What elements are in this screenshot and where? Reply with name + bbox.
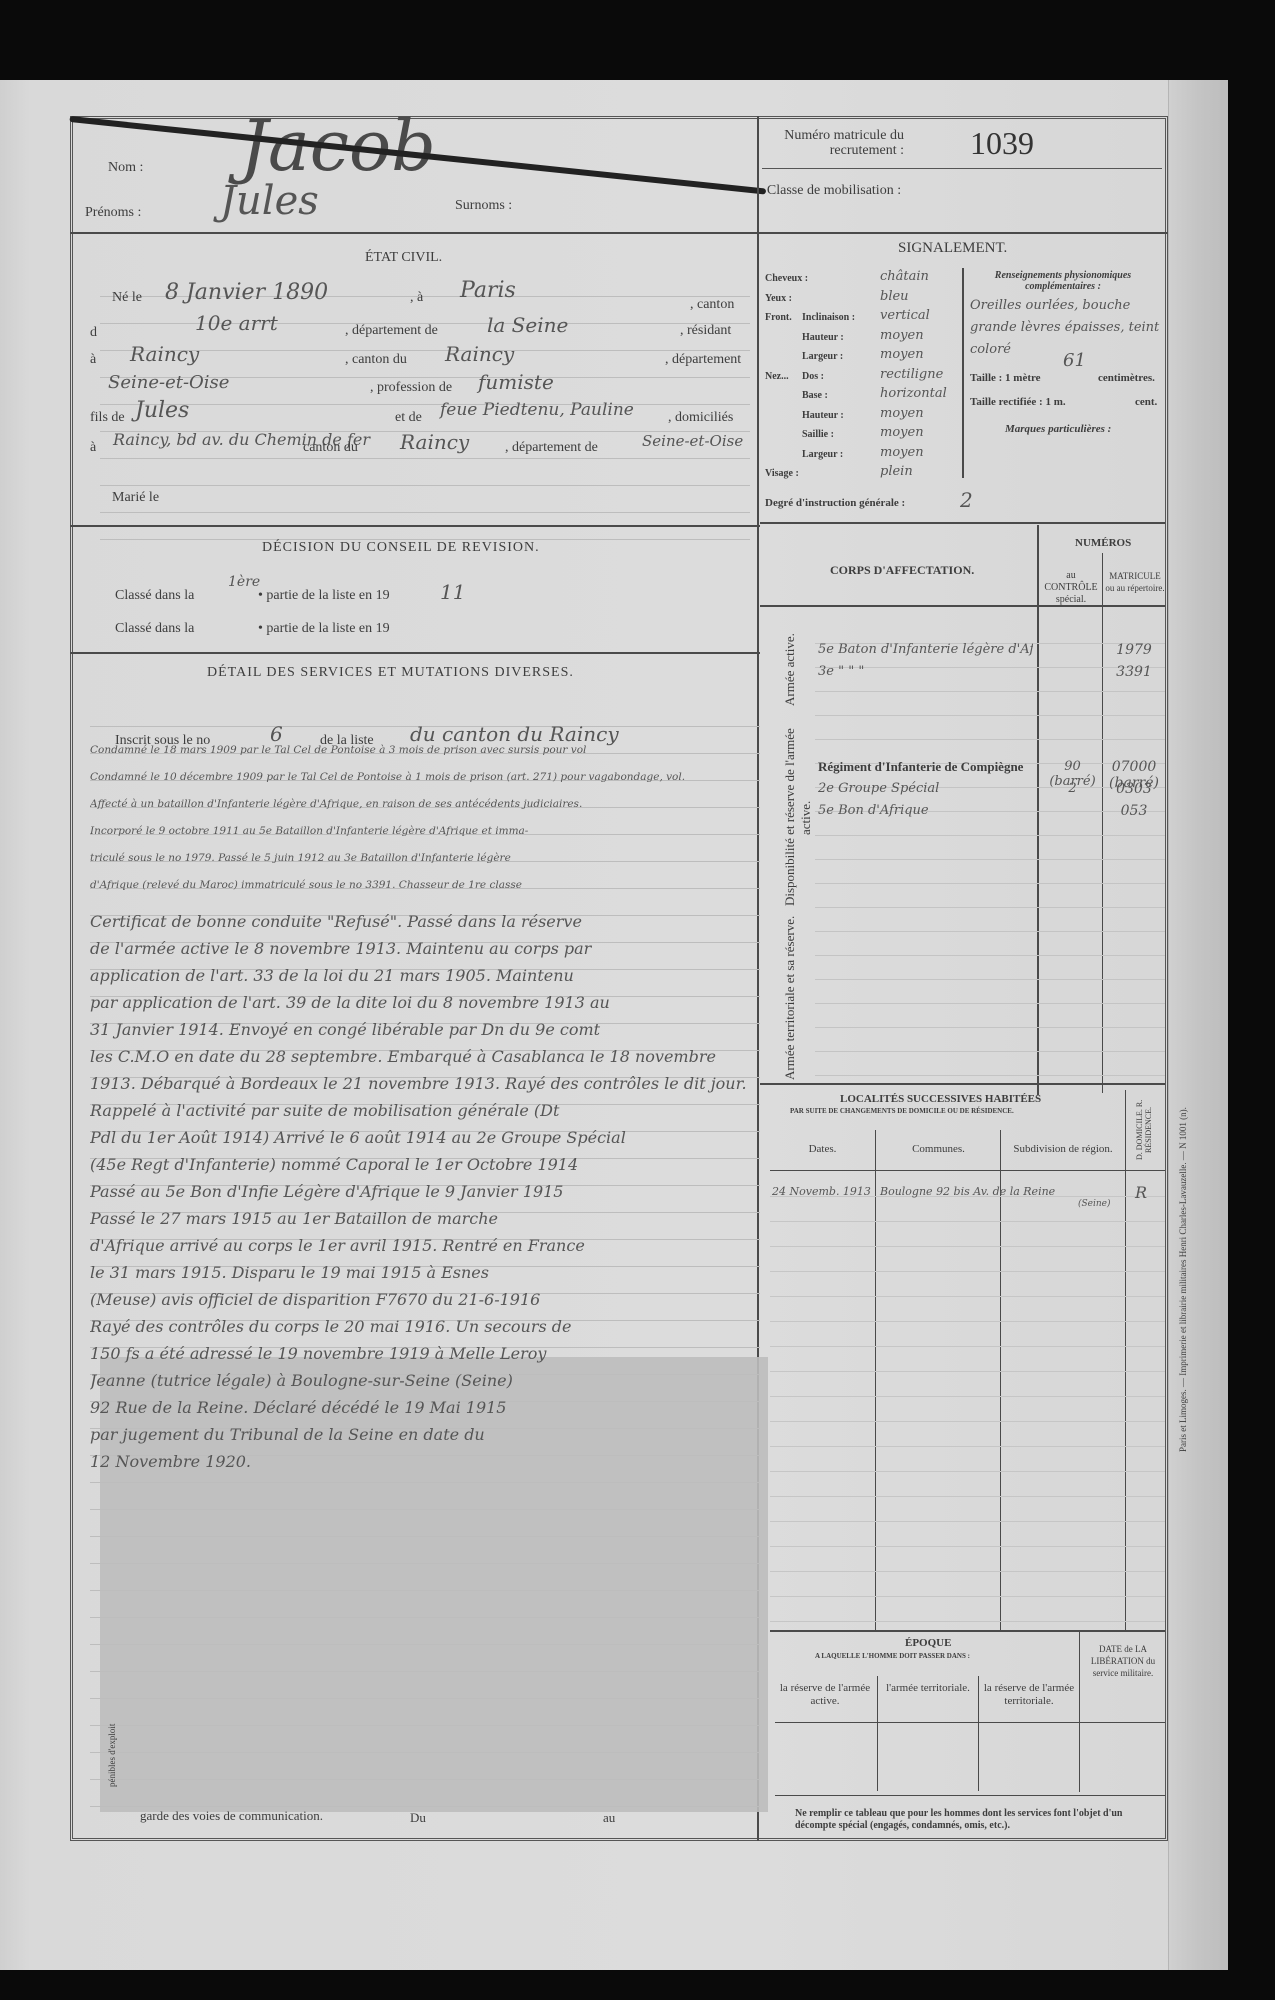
mother-value: feue Piedtenu, Pauline (440, 400, 634, 420)
service-line: Jeanne (tutrice légale) à Boulogne-sur-S… (90, 1371, 760, 1390)
marie-label: Marié le (112, 490, 159, 506)
epoque-column-header: la réserve de l'armée territoriale. (980, 1682, 1078, 1708)
matricule-entry: 053 (1105, 803, 1163, 819)
signalement-label: Visage : (765, 468, 799, 479)
domicilies-label: , domiciliés (668, 410, 733, 426)
service-line: application de l'art. 33 de la loi du 21… (90, 966, 760, 985)
signalement-value: vertical (880, 308, 930, 323)
birthplace-value: Paris (460, 278, 516, 303)
residant-label: , résidant (680, 323, 731, 339)
degre-label: Degré d'instruction générale : (765, 497, 905, 509)
matricule-entry: 3391 (1105, 664, 1163, 680)
signalement-label: Largeur : (802, 449, 843, 460)
fils-de-label: fils de (90, 410, 125, 426)
residant-prefix: à (90, 352, 96, 368)
taille-rectifiee-label: Taille rectifiée : 1 m. (970, 396, 1066, 408)
corps-entry: 5e Bon d'Afrique (818, 803, 1033, 818)
etat-civil-title: ÉTAT CIVIL. (365, 250, 442, 266)
service-line: 12 Novembre 1920. (90, 1452, 760, 1471)
conseil-title: DÉCISION DU CONSEIL DE REVISION. (262, 540, 540, 556)
service-line: Affecté à un bataillon d'Infanterie légè… (90, 798, 760, 810)
departement3-value: Seine-et-Oise (642, 432, 743, 450)
printer-imprint: Paris et Limoges. — Imprimerie et librai… (1178, 1030, 1188, 1530)
signalement-value: rectiligne (880, 367, 943, 382)
canton2-label: canton du (303, 440, 358, 456)
service-line: les C.M.O en date du 28 septembre. Embar… (90, 1047, 760, 1066)
service-line: Passé le 27 mars 1915 au 1er Bataillon d… (90, 1209, 760, 1228)
ne-le-label: Né le (112, 290, 142, 306)
arrondissement-value: 10e arrt (195, 311, 278, 335)
liste-value: du canton du Raincy (410, 722, 619, 746)
du-label: Du (410, 1810, 426, 1826)
signalement-label: Hauteur : (802, 410, 844, 421)
signalement-value: plein (880, 464, 913, 479)
signalement-value: moyen (880, 445, 924, 460)
departement-label: , département de (345, 323, 438, 339)
canton-label: , canton (690, 297, 734, 313)
localites-title: LOCALITÉS SUCCESSIVES HABITÉES (840, 1093, 1041, 1105)
a-label: , à (410, 290, 423, 306)
departement3-label: , département de (505, 440, 598, 456)
signalement-value: moyen (880, 425, 924, 440)
epoque-title: ÉPOQUE (905, 1637, 951, 1649)
localites-column-header: D. DOMICILE. R. RÉSIDENCE. (1135, 1092, 1153, 1168)
signalement-value: moyen (880, 347, 924, 362)
signalement-value: châtain (880, 269, 929, 284)
ne-le-value: 8 Janvier 1890 (165, 280, 328, 305)
corps-entry: 5e Baton d'Infanterie légère d'Afrique (818, 642, 1033, 657)
au-label: au (603, 1810, 615, 1826)
matricule-value: 1039 (970, 125, 1034, 162)
taille-unit: centimètres. (1098, 372, 1155, 384)
nom-label: Nom : (108, 160, 143, 176)
canton2-value: Raincy (400, 430, 469, 454)
localite-type: R (1135, 1183, 1147, 1202)
signalement-value: moyen (880, 328, 924, 343)
service-line: Rayé des contrôles du corps le 20 mai 19… (90, 1317, 760, 1336)
services-title: DÉTAIL DES SERVICES ET MUTATIONS DIVERSE… (207, 665, 574, 681)
localites-column-header: Communes. (877, 1143, 1000, 1155)
service-line: par application de l'art. 39 de la dite … (90, 993, 760, 1012)
domicile-prefix: à (90, 440, 96, 456)
profession-value: fumiste (478, 370, 554, 394)
localites-column-header: Dates. (770, 1143, 875, 1155)
service-line: d'Afrique (relevé du Maroc) immatriculé … (90, 879, 760, 891)
epoque-column-header: la réserve de l'armée active. (775, 1682, 875, 1708)
signalement-label: Hauteur : (802, 332, 844, 343)
classe-mid: • partie de la liste en 19 (258, 621, 390, 637)
signalement-title: SIGNALEMENT. (898, 240, 1007, 257)
signalement-label: Dos : (802, 371, 824, 382)
classe-label: Classe de mobilisation : (764, 183, 904, 198)
matricule-entry: 1979 (1105, 642, 1163, 658)
localite-date: 24 Novemb. 1913 (772, 1185, 871, 1198)
renseignements-title: Renseignements physionomiques complément… (968, 270, 1158, 292)
localite-subdivision: (Seine) (1078, 1199, 1111, 1209)
localites-subtitle: PAR SUITE DE CHANGEMENTS DE DOMICILE OU … (790, 1107, 1014, 1115)
classe-year: 11 (440, 580, 465, 604)
service-line: Condamné le 18 mars 1909 par le Tal Cel … (90, 744, 760, 756)
signalement-label: Cheveux : (765, 273, 808, 284)
canton-du-label: , canton du (345, 352, 407, 368)
matricule-label: Numéro matricule du recrutement : (764, 128, 904, 158)
taille-value: 61 (1063, 350, 1086, 371)
canton-du-value: Raincy (445, 342, 514, 366)
col-matricule: MATRICULE ou au répertoire. (1105, 570, 1165, 594)
residant-value: Raincy (130, 342, 199, 366)
service-line: 31 Janvier 1914. Envoyé en congé libérab… (90, 1020, 760, 1039)
service-line: Pdl du 1er Août 1914) Arrivé le 6 août 1… (90, 1128, 760, 1147)
epoque-note: Ne remplir ce tableau que pour les homme… (795, 1808, 1165, 1832)
signalement-group-label: Front. (765, 312, 792, 323)
signalement-label: Inclinaison : (802, 312, 855, 323)
signalement-value: bleu (880, 289, 909, 304)
service-line: Certificat de bonne conduite "Refusé". P… (90, 912, 760, 931)
service-line: 92 Rue de la Reine. Déclaré décédé le 19… (90, 1398, 760, 1417)
signalement-label: Largeur : (802, 351, 843, 362)
section-label: Armée territoriale et sa réserve. (782, 915, 814, 1080)
corps-title: CORPS D'AFFECTATION. (830, 563, 974, 578)
taille-rectifiee-unit: cent. (1135, 396, 1157, 408)
classe-prefix: Classé dans la (115, 621, 194, 637)
service-line: (45e Regt d'Infanterie) nommé Caporal le… (90, 1155, 760, 1174)
classe-prefix: Classé dans la (115, 588, 194, 604)
section-label: Disponibilité et réserve de l'armée acti… (782, 725, 814, 910)
service-line: triculé sous le no 1979. Passé le 5 juin… (90, 852, 760, 864)
corps-entry: 3e " " " (818, 664, 1033, 679)
departement-value: la Seine (487, 313, 568, 337)
numeros-title: NUMÉROS (1075, 537, 1131, 549)
signalement-label: Base : (802, 390, 828, 401)
signalement-value: moyen (880, 406, 924, 421)
service-line: Incorporé le 9 octobre 1911 au 5e Batail… (90, 825, 760, 837)
col-controle: au CONTRÔLE spécial. (1042, 570, 1100, 606)
service-line: 1913. Débarqué à Bordeaux le 21 novembre… (90, 1074, 760, 1093)
service-line: d'Afrique arrivé au corps le 1er avril 1… (90, 1236, 760, 1255)
corps-entry: 2e Groupe Spécial (818, 781, 1033, 796)
corps-entry: Régiment d'Infanterie de Compiègne (818, 759, 1033, 775)
departement2-label: , département (665, 352, 741, 368)
service-line: Rappelé à l'activité par suite de mobili… (90, 1101, 760, 1120)
service-line: Passé au 5e Bon d'Infie Légère d'Afrique… (90, 1182, 760, 1201)
date-liberation-header: DATE de LA LIBÉRATION du service militai… (1082, 1643, 1164, 1679)
service-line: Condamné le 10 décembre 1909 par le Tal … (90, 771, 760, 783)
inscrit-value: 6 (270, 722, 283, 746)
marques-label: Marques particulières : (1005, 423, 1111, 435)
signalement-value: horizontal (880, 386, 947, 401)
d-label: d (90, 325, 97, 341)
signalement-label: Yeux : (765, 293, 792, 304)
service-line: (Meuse) avis officiel de disparition F76… (90, 1290, 760, 1309)
prenoms-label: Prénoms : (85, 205, 141, 221)
residence-departement-value: Seine-et-Oise (108, 372, 229, 393)
matricule-entry: 0303 (1105, 781, 1163, 797)
surnoms-label: Surnoms : (455, 198, 512, 214)
prenoms-value: Jules (220, 178, 319, 224)
taille-label: Taille : 1 mètre (970, 372, 1041, 384)
signalement-group-label: Nez... (765, 371, 789, 382)
degre-value: 2 (960, 488, 973, 512)
signalement-label: Saillie : (802, 429, 834, 440)
bottom-label: garde des voies de communication. (140, 1808, 323, 1824)
profession-label: , profession de (370, 380, 452, 396)
service-line: par jugement du Tribunal de la Seine en … (90, 1425, 760, 1444)
father-value: Jules (135, 398, 189, 423)
classe-mid: • partie de la liste en 19 (258, 588, 390, 604)
localite-commune: Boulogne 92 bis Av. de la Reine (880, 1185, 1120, 1198)
classe-partie: 1ère (228, 574, 260, 590)
service-line: de l'armée active le 8 novembre 1913. Ma… (90, 939, 760, 958)
controle-value: 2 (1045, 781, 1100, 796)
epoque-subtitle: A LAQUELLE L'HOMME DOIT PASSER DANS : (815, 1652, 970, 1660)
service-line: 150 fs a été adressé le 19 novembre 1919… (90, 1344, 760, 1363)
page-edge (1168, 80, 1228, 1970)
service-line: le 31 mars 1915. Disparu le 19 mai 1915 … (90, 1263, 760, 1282)
localites-column-header: Subdivision de région. (1002, 1143, 1124, 1155)
epoque-column-header: l'armée territoriale. (879, 1682, 977, 1695)
et-de-label: et de (395, 410, 422, 426)
side-label: pénibles d'exploit (107, 1690, 117, 1820)
section-label: Armée active. (782, 620, 814, 720)
